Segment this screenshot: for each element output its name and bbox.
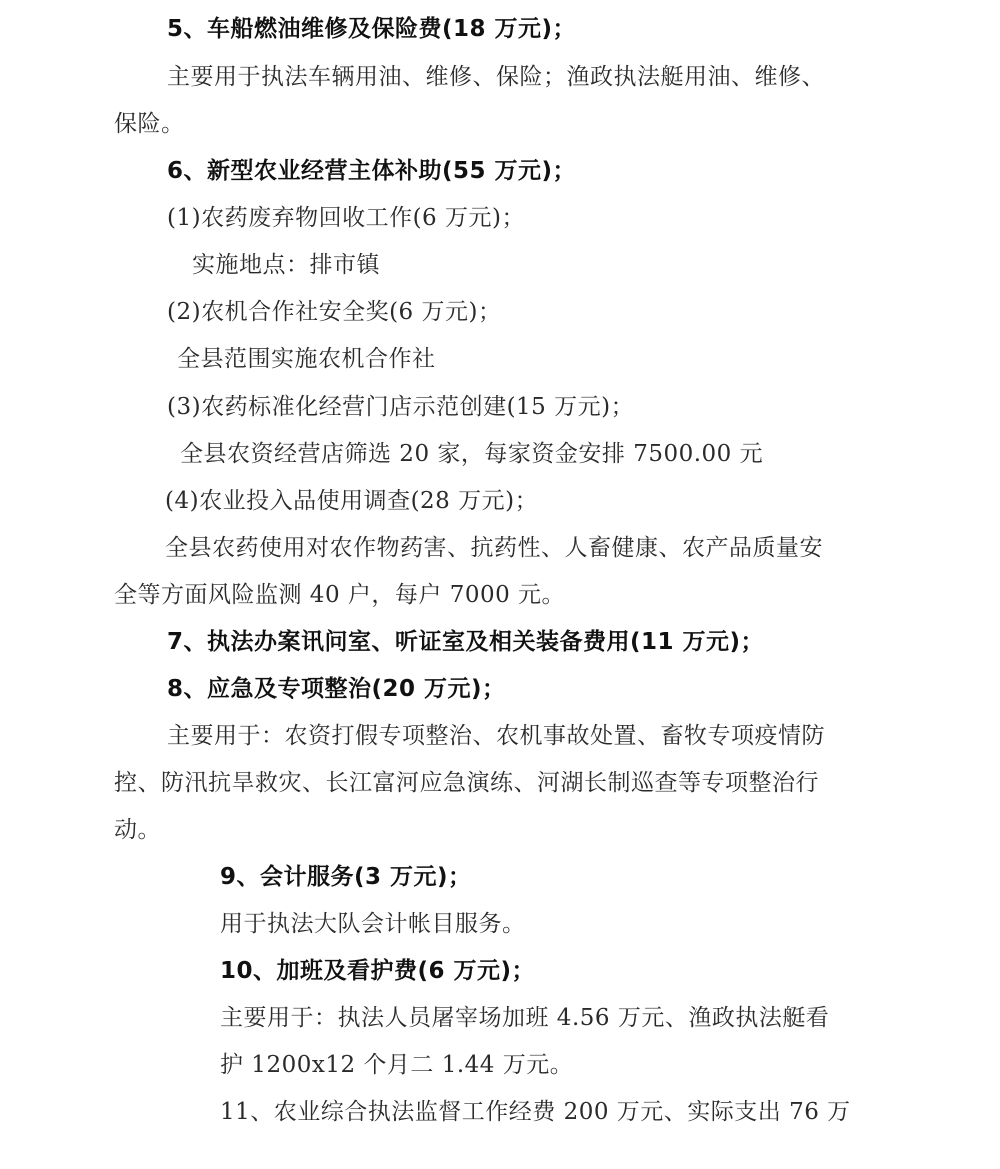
item-6-sub-1: (1)农药废弃物回收工作(6 万元)；: [167, 203, 525, 233]
item-6-sub-3: (3)农药标准化经营门店示范创建(15 万元)；: [167, 392, 634, 422]
item-6-sub-3-detail: 全县农资经营店筛选 20 家，每家资金安排 7500.00 元: [180, 439, 763, 469]
item-6-sub-1-detail: 实施地点：排市镇: [192, 250, 380, 280]
item-8-heading: 8、应急及专项整治(20 万元)；: [167, 674, 506, 704]
item-10-heading: 10、加班及看护费(6 万元)；: [220, 956, 535, 986]
item-11-text: 11、农业综合执法监督工作经费 200 万元、实际支出 76 万: [220, 1097, 851, 1127]
item-7-heading: 7、执法办案讯问室、听证室及相关装备费用(11 万元)；: [167, 627, 764, 657]
item-6-sub-4: (4)农业投入品使用调查(28 万元)；: [165, 486, 538, 516]
item-9-heading: 9、会计服务(3 万元)；: [220, 862, 472, 892]
item-6-sub-2: (2)农机合作社安全奖(6 万元)；: [167, 297, 501, 327]
item-5-heading: 5、车船燃油维修及保险费(18 万元)；: [167, 14, 576, 44]
item-10-description-cont: 护 1200x12 个月二 1.44 万元。: [220, 1050, 573, 1080]
item-9-description: 用于执法大队会计帐目服务。: [220, 909, 526, 939]
item-6-sub-4-detail: 全县农药使用对农作物药害、抗药性、人畜健康、农产品质量安: [165, 533, 823, 563]
document-page: 5、车船燃油维修及保险费(18 万元)； 主要用于执法车辆用油、维修、保险；渔政…: [0, 0, 1000, 1169]
item-8-description-end: 动。: [114, 815, 161, 845]
item-5-description-cont: 保险。: [114, 109, 185, 139]
item-10-description: 主要用于：执法人员屠宰场加班 4.56 万元、渔政执法艇看: [220, 1003, 829, 1033]
item-8-description-cont: 控、防汛抗旱救灾、长江富河应急演练、河湖长制巡查等专项整治行: [114, 768, 819, 798]
item-6-sub-4-detail-cont: 全等方面风险监测 40 户，每户 7000 元。: [114, 580, 565, 610]
item-6-sub-2-detail: 全县范围实施农机合作社: [177, 344, 436, 374]
item-5-description: 主要用于执法车辆用油、维修、保险；渔政执法艇用油、维修、: [167, 62, 825, 92]
item-8-description: 主要用于：农资打假专项整治、农机事故处置、畜牧专项疫情防: [167, 721, 825, 751]
item-6-heading: 6、新型农业经营主体补助(55 万元)；: [167, 156, 576, 186]
